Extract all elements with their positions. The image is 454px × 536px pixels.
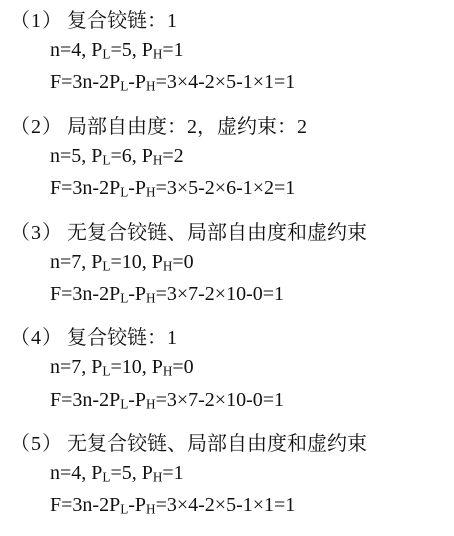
item-number: （2） (10, 113, 63, 142)
params-text: =10, P (110, 251, 162, 273)
params-text: n=4, P (50, 462, 102, 484)
solution-block-1: （1）复合铰链：1 n=4, PL=5, PH=1 F=3n-2PL-PH=3×… (10, 7, 448, 101)
item-title: 局部自由度：2，虚约束：2 (67, 116, 307, 138)
params-line: n=4, PL=5, PH=1 (10, 36, 448, 68)
formula-line: F=3n-2PL-PH=3×7-2×10-0=1 (10, 386, 448, 418)
formula-text: -P (128, 389, 146, 411)
params-text: =0 (172, 356, 193, 378)
title-line: （1）复合铰链：1 (10, 7, 448, 36)
params-text: n=5, P (50, 145, 102, 167)
params-text: n=7, P (50, 356, 102, 378)
title-line: （4）复合铰链：1 (10, 324, 448, 353)
params-text: =10, P (110, 356, 162, 378)
item-title: 复合铰链：1 (67, 10, 177, 32)
subscript-H: H (146, 185, 156, 200)
subscript-H: H (153, 152, 163, 167)
formula-text: F=3n-2P (50, 71, 120, 93)
params-text: =1 (162, 39, 183, 61)
formula-text: -P (128, 177, 146, 199)
formula-text: -P (128, 494, 146, 516)
params-line: n=4, PL=5, PH=1 (10, 459, 448, 491)
title-line: （5）无复合铰链、局部自由度和虚约束 (10, 430, 448, 459)
formula-text: =3×5-2×6-1×2=1 (156, 177, 296, 199)
title-line: （3）无复合铰链、局部自由度和虚约束 (10, 219, 448, 248)
formula-text: =3×7-2×10-0=1 (156, 283, 284, 305)
formula-text: =3×7-2×10-0=1 (156, 389, 284, 411)
subscript-H: H (146, 79, 156, 94)
params-text: n=7, P (50, 251, 102, 273)
formula-text: -P (128, 71, 146, 93)
item-number: （4） (10, 324, 63, 353)
params-text: =5, P (110, 39, 152, 61)
item-number: （3） (10, 219, 63, 248)
params-line: n=7, PL=10, PH=0 (10, 353, 448, 385)
solution-block-5: （5）无复合铰链、局部自由度和虚约束 n=4, PL=5, PH=1 F=3n-… (10, 430, 448, 524)
title-line: （2）局部自由度：2，虚约束：2 (10, 113, 448, 142)
subscript-H: H (163, 258, 173, 273)
subscript-H: H (146, 396, 156, 411)
subscript-H: H (163, 364, 173, 379)
params-text: =5, P (110, 462, 152, 484)
formula-text: F=3n-2P (50, 494, 120, 516)
formula-text: F=3n-2P (50, 177, 120, 199)
formula-line: F=3n-2PL-PH=3×4-2×5-1×1=1 (10, 68, 448, 100)
formula-text: =3×4-2×5-1×1=1 (156, 71, 296, 93)
formula-text: -P (128, 283, 146, 305)
params-text: =1 (162, 462, 183, 484)
formula-text: F=3n-2P (50, 283, 120, 305)
solutions-document: （1）复合铰链：1 n=4, PL=5, PH=1 F=3n-2PL-PH=3×… (10, 7, 448, 524)
formula-line: F=3n-2PL-PH=3×5-2×6-1×2=1 (10, 174, 448, 206)
solution-block-4: （4）复合铰链：1 n=7, PL=10, PH=0 F=3n-2PL-PH=3… (10, 324, 448, 418)
params-line: n=7, PL=10, PH=0 (10, 248, 448, 280)
params-line: n=5, PL=6, PH=2 (10, 142, 448, 174)
item-title: 无复合铰链、局部自由度和虚约束 (67, 433, 367, 455)
item-number: （1） (10, 7, 63, 36)
formula-text: F=3n-2P (50, 389, 120, 411)
subscript-H: H (153, 46, 163, 61)
formula-text: =3×4-2×5-1×1=1 (156, 494, 296, 516)
params-text: n=4, P (50, 39, 102, 61)
params-text: =6, P (110, 145, 152, 167)
subscript-H: H (146, 502, 156, 517)
subscript-H: H (146, 290, 156, 305)
item-title: 无复合铰链、局部自由度和虚约束 (67, 222, 367, 244)
item-number: （5） (10, 430, 63, 459)
item-title: 复合铰链：1 (67, 327, 177, 349)
formula-line: F=3n-2PL-PH=3×4-2×5-1×1=1 (10, 491, 448, 523)
solution-block-3: （3）无复合铰链、局部自由度和虚约束 n=7, PL=10, PH=0 F=3n… (10, 219, 448, 313)
solution-block-2: （2）局部自由度：2，虚约束：2 n=5, PL=6, PH=2 F=3n-2P… (10, 113, 448, 207)
subscript-H: H (153, 469, 163, 484)
formula-line: F=3n-2PL-PH=3×7-2×10-0=1 (10, 280, 448, 312)
params-text: =2 (162, 145, 183, 167)
params-text: =0 (172, 251, 193, 273)
